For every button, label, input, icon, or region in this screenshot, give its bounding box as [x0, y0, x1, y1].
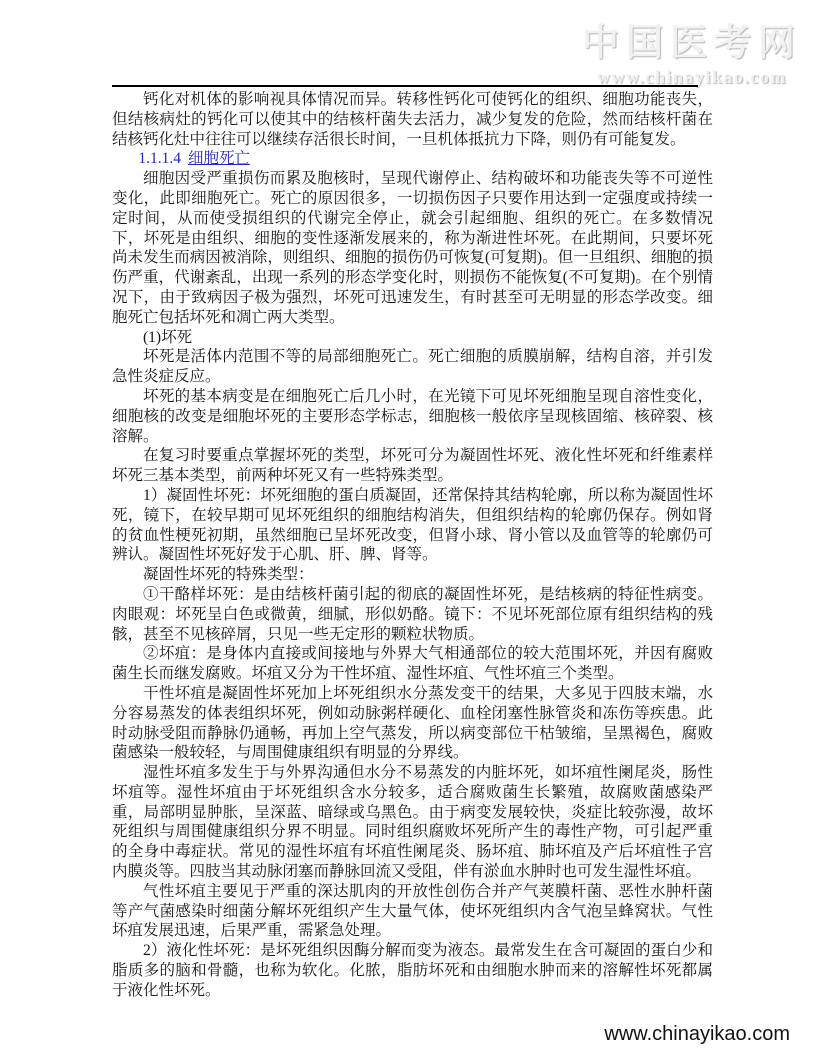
paragraph-necrosis-types: 在复习时要重点掌握坏死的类型，坏死可分为凝固性坏死、液化性坏死和纤维素样坏死三基… — [112, 446, 713, 486]
site-watermark: 中国医考网 www.chinayikao.com — [582, 12, 802, 88]
section-title-link[interactable]: 细胞死亡 — [188, 150, 250, 167]
paragraph-liquefactive-necrosis: 2）液化性坏死：是坏死组织因酶分解而变为液态。最常发生在含可凝固的蛋白少和脂质多… — [112, 941, 713, 1000]
paragraph-calcification-effects: 钙化对机体的影响视具体情况而异。转移性钙化可使钙化的组织、细胞功能丧失，但结核病… — [112, 90, 713, 149]
header-divider — [112, 85, 698, 87]
label-coagulative-special-types: 凝固性坏死的特殊类型： — [112, 565, 713, 585]
document-page: 中国医考网 www.chinayikao.com 钙化对机体的影响视具体情况而异… — [0, 0, 816, 1056]
watermark-logo-text: 中国医考网 — [582, 12, 802, 66]
paragraph-dry-gangrene: 干性坏疽是凝固性坏死加上坏死组织水分蒸发变干的结果，大多见于四肢末端，水分容易蒸… — [112, 684, 713, 763]
paragraph-necrosis-definition: 坏死是活体内范围不等的局部细胞死亡。死亡细胞的质膜崩解，结构自溶，并引发急性炎症… — [112, 347, 713, 387]
label-necrosis: (1)坏死 — [112, 328, 713, 348]
paragraph-gas-gangrene: 气性坏疽主要见于严重的深达肌肉的开放性创伤合并产气荚膜杆菌、恶性水肿杆菌等产气菌… — [112, 882, 713, 941]
paragraph-wet-gangrene: 湿性坏疽多发生于与外界沟通但水分不易蒸发的内脏坏死，如坏疽性阑尾炎，肠性坏疽等。… — [112, 763, 713, 882]
paragraph-caseous-necrosis: ①干酪样坏死：是由结核杆菌引起的彻底的凝固性坏死，是结核病的特征性病变。肉眼观：… — [112, 585, 713, 644]
section-number: 1.1.1.4 — [138, 150, 181, 167]
paragraph-coagulative-necrosis: 1）凝固性坏死：坏死细胞的蛋白质凝固，还常保持其结构轮廓，所以称为凝固性坏死，镜… — [112, 486, 713, 565]
footer-url: www.chinayikao.com — [604, 1023, 790, 1046]
document-body: 钙化对机体的影响视具体情况而异。转移性钙化可使钙化的组织、细胞功能丧失，但结核病… — [112, 90, 713, 1001]
paragraph-gangrene: ②坏疽：是身体内直接或间接地与外界大气相通部位的较大范围坏死，并因有腐败菌生长而… — [112, 644, 713, 684]
section-heading-cell-death: 1.1.1.4细胞死亡 — [112, 149, 713, 169]
paragraph-cell-death-overview: 细胞因受严重损伤而累及胞核时，呈现代谢停止、结构破坏和功能丧失等不可逆性变化，此… — [112, 169, 713, 327]
paragraph-necrosis-basic-changes: 坏死的基本病变是在细胞死亡后几小时，在光镜下可见坏死细胞呈现自溶性变化，细胞核的… — [112, 387, 713, 446]
